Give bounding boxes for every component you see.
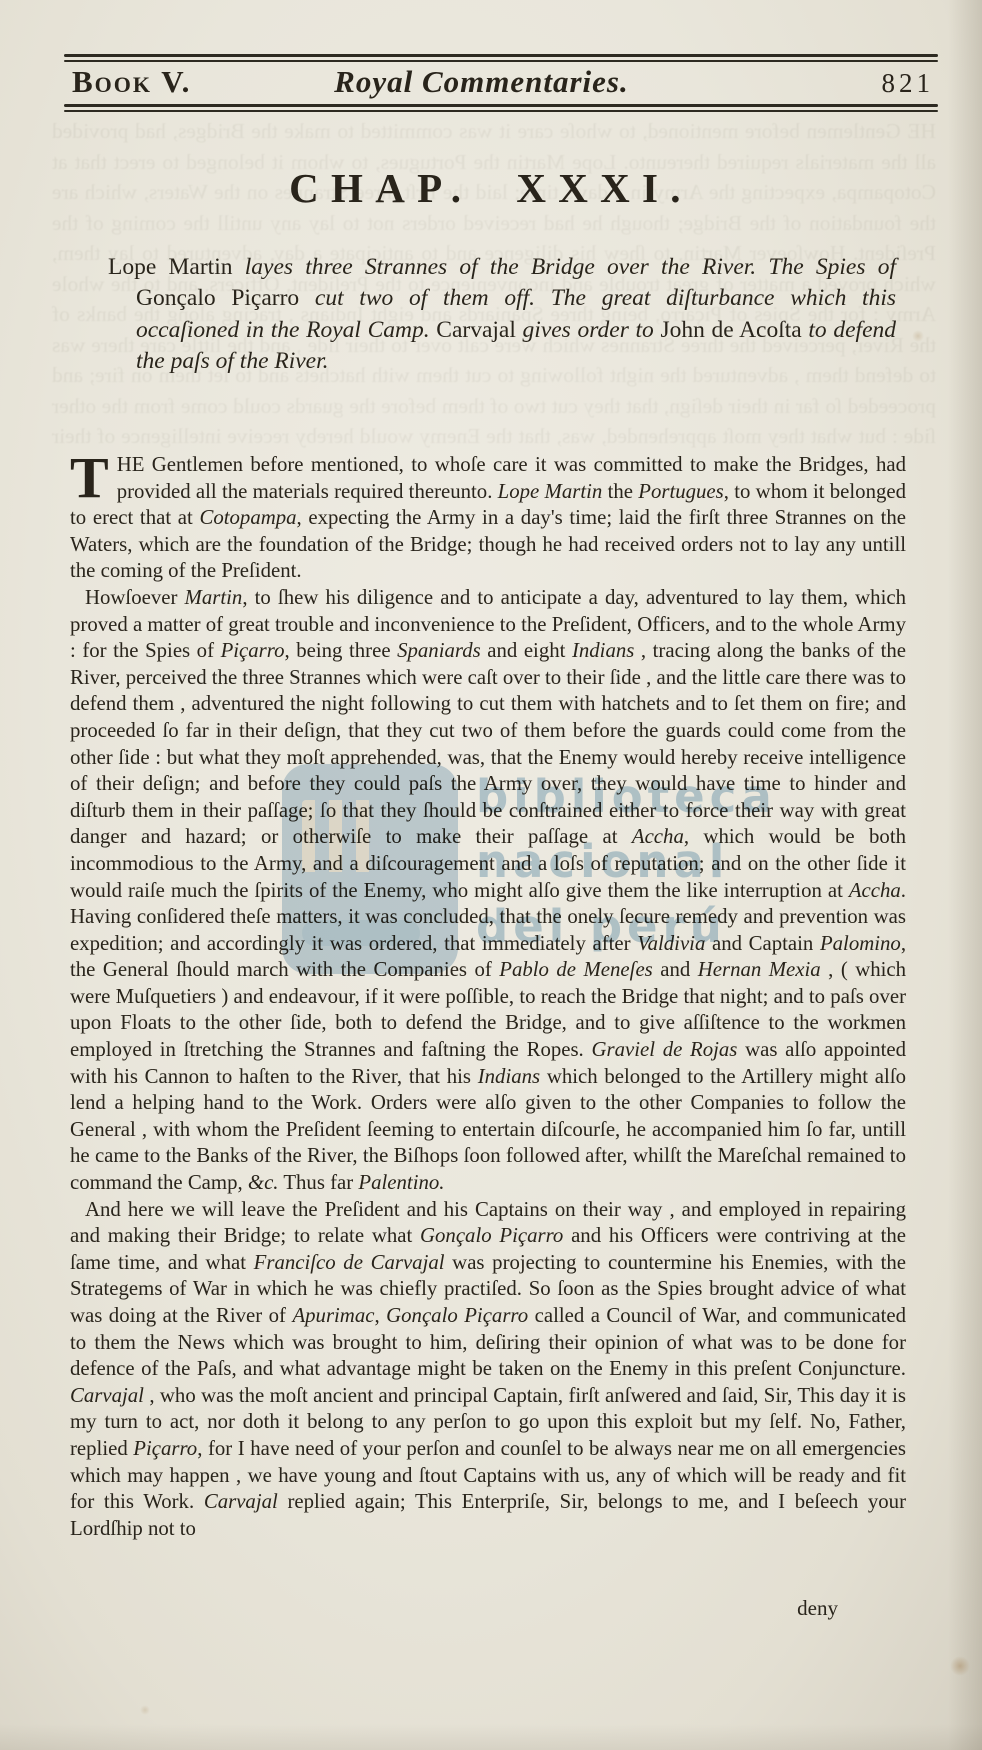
text-segment: Piçarro [133, 1437, 197, 1460]
paragraph: Howſoever Martin, to ſhew his diligence … [70, 585, 906, 1197]
text-segment: Accha [632, 825, 684, 848]
text-segment: Accha [849, 879, 901, 902]
text-segment: Spaniards [397, 639, 481, 662]
text-segment: and eight [481, 639, 572, 662]
text-segment: John de Acoſta [660, 317, 808, 343]
text-segment: Indians [478, 1065, 540, 1088]
text-segment: Pablo de Meneſes [499, 958, 653, 981]
text-segment: Portugues [638, 480, 724, 503]
text-segment: Valdivia [637, 932, 705, 955]
text-segment: &c. [248, 1171, 279, 1194]
text-segment: the [602, 480, 638, 503]
text-segment: Hernan Mexia [698, 958, 821, 981]
text-segment: Franciſco de Carvajal [254, 1251, 445, 1274]
paragraph: THE Gentlemen before mentioned, to whoſe… [70, 452, 906, 585]
drop-cap: T [70, 452, 117, 500]
text-segment: Thus far [279, 1171, 359, 1194]
text-segment: Lope Martin [108, 254, 245, 280]
text-segment: Carvajal [436, 317, 522, 343]
text-segment: Gonçalo Piçarro [136, 285, 315, 311]
running-title: Royal Commentaries. [334, 64, 629, 100]
chapter-argument: Lope Martin layes three Strannes of the … [136, 252, 896, 378]
text-segment: Graviel de Rojas [591, 1038, 737, 1061]
page-edge-shade-bottom [0, 1724, 982, 1750]
top-double-rule [64, 54, 938, 62]
text-segment: Carvajal [204, 1490, 278, 1513]
text-segment: Carvajal [70, 1384, 144, 1407]
text-segment: Indians [572, 639, 634, 662]
rule-line [64, 60, 938, 62]
text-segment: , tracing along the banks of the River, … [70, 639, 906, 848]
text-segment: layes three Strannes of the Bridge over … [245, 254, 896, 280]
rule-line [64, 54, 938, 57]
rule-line [64, 104, 938, 107]
foxing-spot [140, 1705, 150, 1715]
book-page: HE Gentlemen before mentioned, to whoſe … [0, 0, 982, 1750]
text-segment: Lope Martin [498, 480, 603, 503]
text-segment: gives order to [523, 317, 661, 343]
body-text: THE Gentlemen before mentioned, to whoſe… [70, 452, 906, 1542]
text-segment: Gonçalo Piçarro [420, 1224, 563, 1247]
text-segment: Howſoever [85, 586, 185, 609]
paragraph: And here we will leave the Preſident and… [70, 1197, 906, 1543]
rule-line [64, 110, 938, 112]
running-header: Book V. Royal Commentaries. 821 [72, 64, 934, 100]
text-segment: Palomino [820, 932, 901, 955]
text-segment: , being three [285, 639, 398, 662]
foxing-spot [950, 1656, 970, 1676]
text-segment: and Captain [705, 932, 820, 955]
foxing-spot [912, 330, 924, 342]
catchword: deny [797, 1596, 838, 1621]
text-segment: Gonçalo Piçarro [386, 1304, 528, 1327]
page-edge-shade-right [948, 0, 982, 1750]
text-segment: Cotopampa [199, 506, 296, 529]
book-label: Book V. [72, 64, 191, 100]
chapter-heading: CHAP. XXXI. [0, 164, 982, 212]
text-segment: and [653, 958, 698, 981]
text-segment: Palentino. [358, 1171, 444, 1194]
header-double-rule [64, 104, 938, 112]
text-segment: Piçarro [221, 639, 285, 662]
page-number: 821 [882, 68, 935, 99]
text-segment: Apurimac [292, 1304, 374, 1327]
text-segment: Martin [185, 586, 243, 609]
text-segment: , [374, 1304, 386, 1327]
